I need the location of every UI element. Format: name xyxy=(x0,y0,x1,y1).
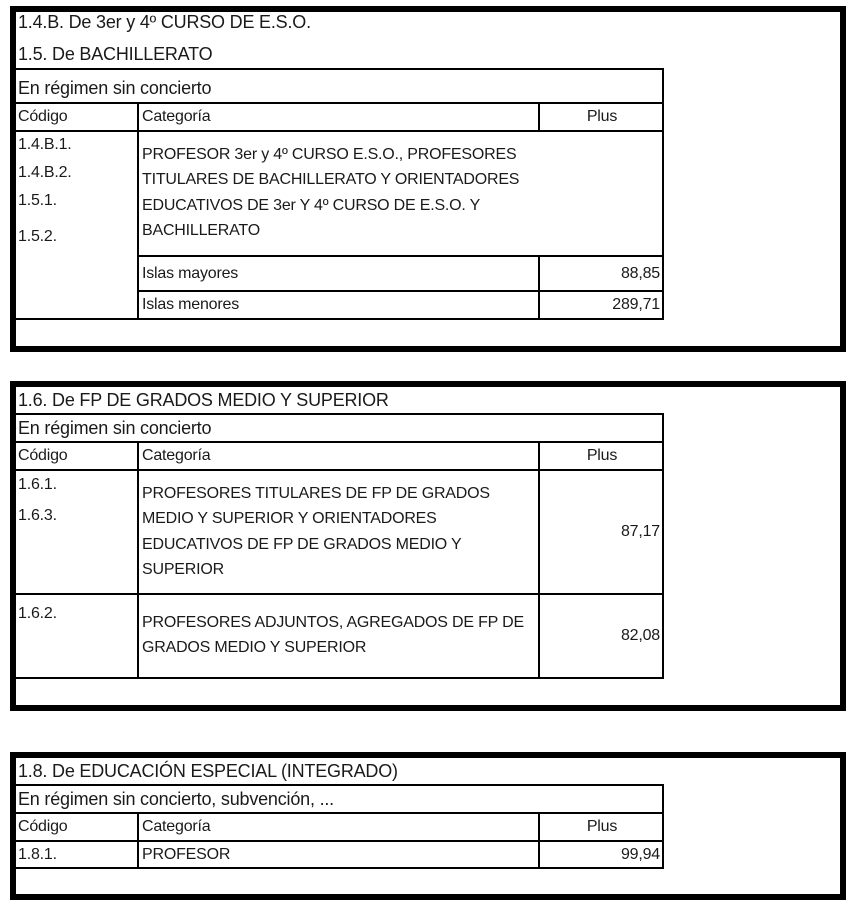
plus-value: 99,94 xyxy=(540,846,660,864)
section-heading-fp: 1.6. De FP DE GRADOS MEDIO Y SUPERIOR xyxy=(18,390,389,411)
code: 1.6.3. xyxy=(18,507,57,525)
table-border xyxy=(16,593,664,595)
table-border xyxy=(538,102,540,132)
column-header-categoria: Categoría xyxy=(142,818,210,836)
category-line: PROFESOR 3er y 4º CURSO E.S.O., PROFESOR… xyxy=(142,146,516,164)
code: 1.4.B.1. xyxy=(18,136,72,154)
section-heading-bachillerato: 1.5. De BACHILLERATO xyxy=(18,44,212,65)
plus-value: 88,85 xyxy=(540,265,660,283)
table-border xyxy=(16,677,664,679)
row-label-islas-menores: Islas menores xyxy=(142,296,239,314)
regime-label: En régimen sin concierto xyxy=(18,78,211,99)
table-border xyxy=(16,840,664,842)
column-header-categoria: Categoría xyxy=(142,447,210,465)
category-line: MEDIO Y SUPERIOR Y ORIENTADORES xyxy=(142,510,437,528)
table-border xyxy=(137,290,664,292)
column-header-codigo: Código xyxy=(18,447,68,465)
table-border xyxy=(16,867,664,869)
column-header-categoria: Categoría xyxy=(142,108,210,126)
table-border xyxy=(16,784,664,786)
table-border xyxy=(662,784,664,869)
code: 1.5.2. xyxy=(18,228,57,246)
table-border xyxy=(16,68,664,70)
column-header-plus: Plus xyxy=(540,447,664,465)
plus-value: 87,17 xyxy=(540,523,660,541)
table-border xyxy=(16,318,664,320)
table-border xyxy=(16,469,664,471)
table-border xyxy=(16,130,664,132)
code: 1.5.1. xyxy=(18,192,57,210)
regime-label: En régimen sin concierto xyxy=(18,418,211,439)
category-line: EDUCATIVOS DE 3er Y 4º CURSO DE E.S.O. Y xyxy=(142,197,480,215)
code: 1.6.2. xyxy=(18,605,57,623)
plus-value: 82,08 xyxy=(540,627,660,645)
table-border xyxy=(662,413,664,678)
column-header-plus: Plus xyxy=(540,818,664,836)
table-border xyxy=(16,413,664,415)
table-border xyxy=(137,102,139,320)
table-border xyxy=(16,102,664,104)
code: 1.4.B.2. xyxy=(18,164,72,182)
code: 1.6.1. xyxy=(18,476,57,494)
plus-value: 289,71 xyxy=(540,296,660,314)
section-heading-educacion-especial: 1.8. De EDUCACIÓN ESPECIAL (INTEGRADO) xyxy=(18,761,398,782)
table-border xyxy=(137,255,664,257)
table-border xyxy=(662,68,664,320)
category-line: PROFESORES ADJUNTOS, AGREGADOS DE FP DE xyxy=(142,614,524,632)
category-line: EDUCATIVOS DE FP DE GRADOS MEDIO Y xyxy=(142,536,461,554)
category: PROFESOR xyxy=(142,846,230,864)
table-border xyxy=(137,441,139,678)
regime-label: En régimen sin concierto, subvención, ..… xyxy=(18,789,334,810)
table-border xyxy=(16,441,664,443)
column-header-plus: Plus xyxy=(540,108,664,126)
category-line: SUPERIOR xyxy=(142,561,224,579)
category-line: GRADOS MEDIO Y SUPERIOR xyxy=(142,639,366,657)
table-border xyxy=(137,812,139,869)
category-line: PROFESORES TITULARES DE FP DE GRADOS xyxy=(142,485,490,503)
section-heading-eso: 1.4.B. De 3er y 4º CURSO DE E.S.O. xyxy=(18,12,311,33)
row-label-islas-mayores: Islas mayores xyxy=(142,265,238,283)
category-line: TITULARES DE BACHILLERATO Y ORIENTADORES xyxy=(142,171,519,189)
table-border xyxy=(16,812,664,814)
code: 1.8.1. xyxy=(18,846,57,864)
column-header-codigo: Código xyxy=(18,818,68,836)
column-header-codigo: Código xyxy=(18,108,68,126)
category-line: BACHILLERATO xyxy=(142,222,260,240)
